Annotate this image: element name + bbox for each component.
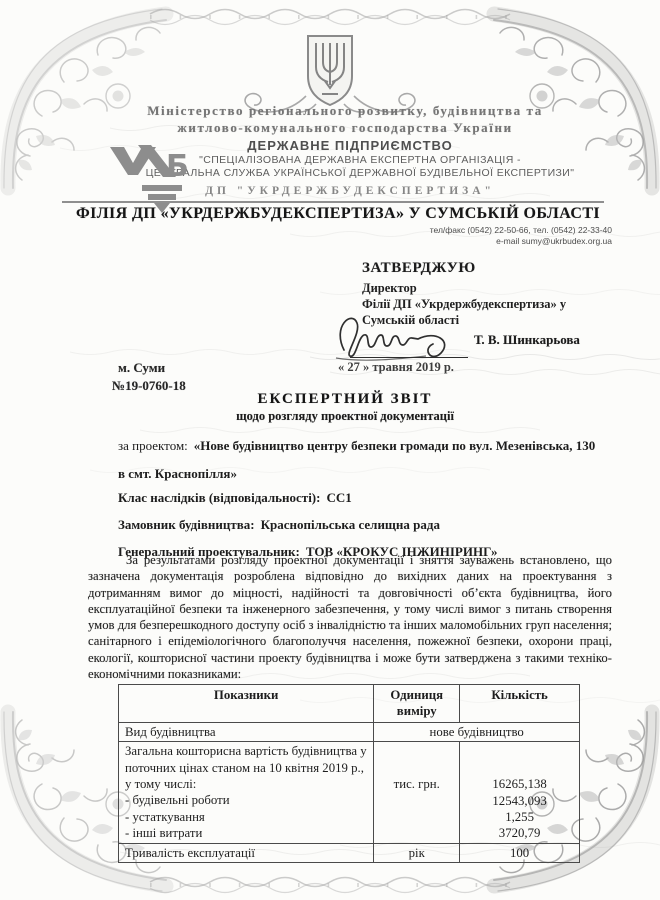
header-unit: Одиниця виміру xyxy=(374,685,460,723)
project-label: за проектом: xyxy=(118,438,188,453)
header-unit-line2: виміру xyxy=(378,703,455,719)
cost-label-line4: - будівельні роботи xyxy=(125,792,367,808)
customer-value: Краснопільська селищна рада xyxy=(261,517,440,532)
logo-striped-triangle xyxy=(142,185,182,213)
scanned-expert-report-page: Міністерство регіонального розвитку, буд… xyxy=(0,0,660,900)
approver-title: Директор xyxy=(362,281,417,296)
service-life-unit: рік xyxy=(374,843,460,862)
table-header-row: Показники Одиниця виміру Кількість xyxy=(119,685,580,723)
report-title: ЕКСПЕРТНИЙ ЗВІТ xyxy=(60,391,630,408)
service-life-label: Тривалість експлуатації xyxy=(119,843,374,862)
ministry-name-line2: житлово-комунального господарства Україн… xyxy=(40,120,650,136)
consequence-class-line: Клас наслідків (відповідальності):СС1 xyxy=(118,490,623,506)
table-row-construction-type: Вид будівництва нове будівництво xyxy=(119,722,580,741)
cost-label-line5: - устаткування xyxy=(125,809,367,825)
signature-icon xyxy=(330,308,495,364)
company-logo-icon: Б xyxy=(108,143,213,218)
cost-label-cell: Загальна кошторисна вартість будівництва… xyxy=(119,742,374,844)
service-life-value: 100 xyxy=(460,843,580,862)
construction-type-value: нове будівництво xyxy=(374,722,580,741)
signature-underline xyxy=(350,357,468,358)
report-subtitle: щодо розгляду проектної документації xyxy=(60,409,630,424)
cost-total: 16265,138 xyxy=(466,776,573,792)
customer-line: Замовник будівництва:Краснопільська сели… xyxy=(118,517,623,533)
project-line2: в смт. Краснопілля» xyxy=(118,466,623,482)
cost-construction-works: 12543,093 xyxy=(466,793,573,809)
signer-name: Т. В. Шинкарьова xyxy=(474,332,580,348)
phone-numbers: тел/факс (0542) 22-50-66, тел. (0542) 22… xyxy=(292,225,612,236)
ministry-name-line1: Міністерство регіонального розвитку, буд… xyxy=(40,103,650,119)
header-unit-line1: Одиниця xyxy=(378,687,455,703)
class-label: Клас наслідків (відповідальності): xyxy=(118,490,320,505)
project-name-line2: в смт. Краснопілля» xyxy=(118,466,237,481)
customer-label: Замовник будівництва: xyxy=(118,517,255,532)
header-quantity: Кількість xyxy=(460,685,580,723)
cost-values-cell: 16265,138 12543,093 1,255 3720,79 xyxy=(460,742,580,844)
cost-other: 3720,79 xyxy=(466,825,573,841)
project-name-line1: «Нове будівництво центру безпеки громади… xyxy=(194,438,596,453)
approval-stamp-word: ЗАТВЕРДЖУЮ xyxy=(362,260,476,277)
email-address: e-mail sumy@ukrbudex.org.ua xyxy=(292,236,612,247)
approval-date: « 27 » травня 2019 р. xyxy=(338,360,454,375)
conclusion-paragraph: За результатами розгляду проектної докум… xyxy=(88,552,612,682)
class-value: СС1 xyxy=(326,490,351,505)
table-row-cost: Загальна кошторисна вартість будівництва… xyxy=(119,742,580,844)
cost-unit-cell: тис. грн. xyxy=(374,742,460,844)
cost-label-line6: - інші витрати xyxy=(125,825,367,841)
contact-block: тел/факс (0542) 22-50-66, тел. (0542) 22… xyxy=(292,225,612,246)
table-row-service-life: Тривалість експлуатації рік 100 xyxy=(119,843,580,862)
header-indicators: Показники xyxy=(119,685,374,723)
indicators-table: Показники Одиниця виміру Кількість Вид б… xyxy=(118,684,580,863)
cost-label-line2: поточних цінах станом на 10 квітня 2019 … xyxy=(125,760,367,776)
city-label: м. Суми xyxy=(118,360,165,376)
coat-of-arms-icon xyxy=(230,30,430,114)
cost-equipment: 1,255 xyxy=(466,809,573,825)
logo-letter-b: Б xyxy=(166,149,189,184)
project-line1: за проектом:«Нове будівництво центру без… xyxy=(118,438,623,454)
construction-type-label: Вид будівництва xyxy=(119,722,374,741)
cost-label-line3: у тому числі: xyxy=(125,776,367,792)
cost-label-line1: Загальна кошторисна вартість будівництва… xyxy=(125,743,367,759)
